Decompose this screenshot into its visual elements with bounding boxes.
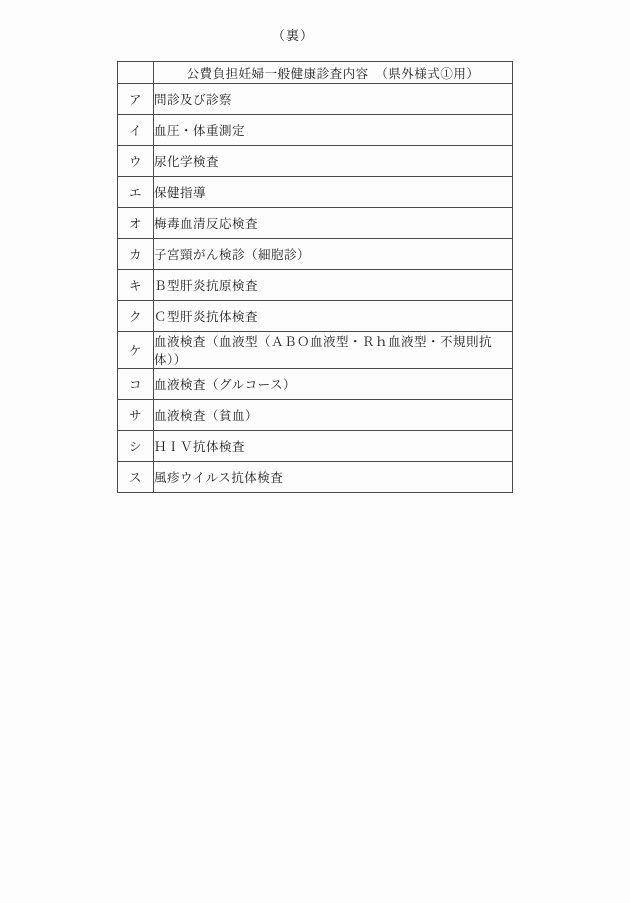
document-page: （裏） 公費負担妊婦一般健康診査内容 （県外様式①用） ア 問診及び診察 イ 血… bbox=[0, 0, 630, 903]
row-content: 子宮頸がん検診（細胞診） bbox=[154, 239, 513, 270]
table-row: シ ＨＩＶ抗体検査 bbox=[118, 431, 513, 462]
table-row: エ 保健指導 bbox=[118, 177, 513, 208]
table-row: ク Ｃ型肝炎抗体検査 bbox=[118, 301, 513, 332]
table-row: ス 風疹ウイルス抗体検査 bbox=[118, 462, 513, 493]
table-row: オ 梅毒血清反応検査 bbox=[118, 208, 513, 239]
row-content: 血圧・体重測定 bbox=[154, 115, 513, 146]
row-label: ス bbox=[118, 462, 154, 493]
row-label: コ bbox=[118, 369, 154, 400]
table-row: ウ 尿化学検査 bbox=[118, 146, 513, 177]
row-content: 風疹ウイルス抗体検査 bbox=[154, 462, 513, 493]
row-content: 梅毒血清反応検査 bbox=[154, 208, 513, 239]
row-content: 問診及び診察 bbox=[154, 84, 513, 115]
table-row: サ 血液検査（貧血） bbox=[118, 400, 513, 431]
row-label: カ bbox=[118, 239, 154, 270]
table-row: ケ 血液検査（血液型（ＡＢＯ血液型・Ｒｈ血液型・不規則抗体）） bbox=[118, 332, 513, 369]
table-row: ア 問診及び診察 bbox=[118, 84, 513, 115]
row-content: Ｃ型肝炎抗体検査 bbox=[154, 301, 513, 332]
row-content: 保健指導 bbox=[154, 177, 513, 208]
row-content: 血液検査（貧血） bbox=[154, 400, 513, 431]
row-content: 尿化学検査 bbox=[154, 146, 513, 177]
table-row: カ 子宮頸がん検診（細胞診） bbox=[118, 239, 513, 270]
row-label: ア bbox=[118, 84, 154, 115]
row-content: 血液検査（血液型（ＡＢＯ血液型・Ｒｈ血液型・不規則抗体）） bbox=[154, 332, 513, 369]
row-label: ウ bbox=[118, 146, 154, 177]
row-content: 血液検査（グルコース） bbox=[154, 369, 513, 400]
exam-table: 公費負担妊婦一般健康診査内容 （県外様式①用） ア 問診及び診察 イ 血圧・体重… bbox=[117, 61, 513, 493]
row-label: イ bbox=[118, 115, 154, 146]
row-label: キ bbox=[118, 270, 154, 301]
row-label: ケ bbox=[118, 332, 154, 369]
row-content: ＨＩＶ抗体検査 bbox=[154, 431, 513, 462]
page-side-label: （裏） bbox=[0, 25, 586, 44]
row-label: エ bbox=[118, 177, 154, 208]
header-blank-cell bbox=[118, 62, 154, 84]
table-row: コ 血液検査（グルコース） bbox=[118, 369, 513, 400]
table-row: キ Ｂ型肝炎抗原検査 bbox=[118, 270, 513, 301]
row-content: Ｂ型肝炎抗原検査 bbox=[154, 270, 513, 301]
row-label: オ bbox=[118, 208, 154, 239]
header-row: 公費負担妊婦一般健康診査内容 （県外様式①用） bbox=[118, 62, 513, 84]
row-label: ク bbox=[118, 301, 154, 332]
row-label: サ bbox=[118, 400, 154, 431]
table-header: 公費負担妊婦一般健康診査内容 （県外様式①用） bbox=[154, 62, 513, 84]
row-label: シ bbox=[118, 431, 154, 462]
table-row: イ 血圧・体重測定 bbox=[118, 115, 513, 146]
